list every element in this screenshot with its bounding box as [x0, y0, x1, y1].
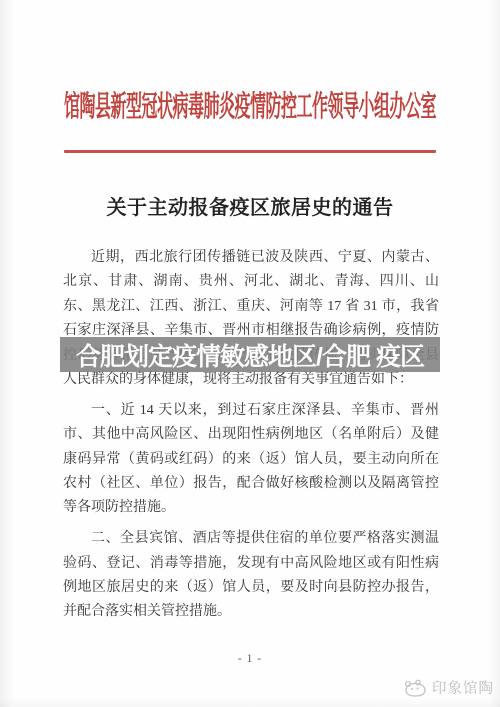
document-body: 近期，西北旅行团传播链已波及陕西、宁夏、内蒙古、北京、甘肃、湖南、贵州、河北、湖… [63, 246, 439, 631]
body-paragraph-2: 一、近 14 天以来，到过石家庄深泽县、辛集市、晋州市、其他中高风险区、出现阳性… [63, 399, 439, 521]
body-paragraph-3: 二、全县宾馆、酒店等提供住宿的单位要严格落实测温验码、登记、消毒等措施，发现有中… [63, 527, 439, 625]
watermark-label: 印象馆陶 [432, 677, 494, 698]
letterhead-title: 馆陶县新型冠状病毒肺炎疫情防控工作领导小组办公室 [50, 71, 450, 147]
letterhead-divider [64, 150, 436, 153]
brand-logo-icon [403, 678, 427, 697]
document-title: 关于主动报备疫区旅居史的通告 [0, 191, 500, 220]
document-photo: 馆陶县新型冠状病毒肺炎疫情防控工作领导小组办公室 关于主动报备疫区旅居史的通告 … [0, 0, 500, 707]
news-headline-banner: 合肥划定疫情敏感地区/合肥 疫区 [60, 337, 440, 372]
page-number: - 1 - [0, 653, 500, 665]
news-headline-text: 合肥划定疫情敏感地区/合肥 疫区 [76, 337, 424, 373]
watermark: 印象馆陶 [403, 675, 494, 699]
